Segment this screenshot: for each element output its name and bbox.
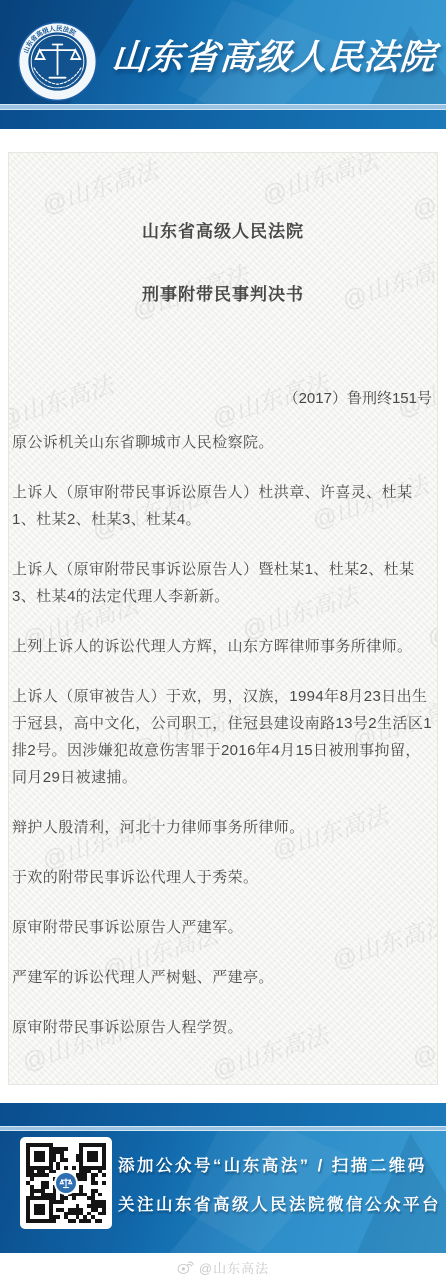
footer-gap [0,1085,446,1103]
paragraph: 于欢的附带民事诉讼代理人于秀荣。 [12,864,434,891]
footer-top-strip [0,1103,446,1126]
paragraph: 上列上诉人的诉讼代理人方辉，山东方晖律师事务所律师。 [12,633,434,660]
paragraph: 上诉人（原审被告人）于欢，男，汉族，1994年8月23日出生于冠县，高中文化，公… [12,683,434,791]
header-main: 山东省高级人民法院 SHANDONG HIGH PEOPLE'S COURT 山… [0,0,446,104]
document-content: 山东省高级人民法院 刑事附带民事判决书 （2017）鲁刑终151号 原公诉机关山… [9,153,437,1041]
document-title-type: 刑事附带民事判决书 [12,282,434,308]
document-body: 原公诉机关山东省聊城市人民检察院。上诉人（原审附带民事诉讼原告人）杜洪章、许喜灵… [12,429,434,1041]
header-banner: 山东省高级人民法院 SHANDONG HIGH PEOPLE'S COURT 山… [0,0,446,129]
footer-banner: 添加公众号“山东高法” / 扫描二维码 关注山东省高级人民法院微信公众平台 [0,1103,446,1253]
qr-center-logo-icon [54,1171,78,1195]
paragraph: 原公诉机关山东省聊城市人民检察院。 [12,429,434,456]
court-emblem-icon: 山东省高级人民法院 SHANDONG HIGH PEOPLE'S COURT [17,21,98,102]
footer-text-block: 添加公众号“山东高法” / 扫描二维码 关注山东省高级人民法院微信公众平台 [118,1153,442,1231]
paragraph: 原审附带民事诉讼原告人严建军。 [12,914,434,941]
bottom-bar: @山东高法 [0,1253,446,1282]
paragraph: 辩护人殷清利，河北十力律师事务所律师。 [12,814,434,841]
footer-line-2: 关注山东省高级人民法院微信公众平台 [118,1192,442,1218]
header-bottom-strip [0,110,446,129]
footer-line-1: 添加公众号“山东高法” / 扫描二维码 [118,1153,442,1179]
paragraph: 严建军的诉讼代理人严树魁、严建亭。 [12,964,434,991]
header-court-name: 山东省高级人民法院 [110,30,443,80]
judgment-document: @山东高法@山东高法@山东高法@山东高法@山东高法@山东高法@山东高法@山东高法… [8,152,438,1085]
case-number: （2017）鲁刑终151号 [12,387,434,408]
paragraph: 上诉人（原审附带民事诉讼原告人）暨杜某1、杜某2、杜某3、杜某4的法定代理人李新… [12,556,434,610]
footer-main: 添加公众号“山东高法” / 扫描二维码 关注山东省高级人民法院微信公众平台 [0,1131,446,1253]
paragraph: 上诉人（原审附带民事诉讼原告人）杜洪章、许喜灵、杜某1、杜某2、杜某3、杜某4。 [12,479,434,533]
header-gap [0,129,446,152]
bottom-watermark-text: @山东高法 [199,1258,269,1277]
paragraph: 原审附带民事诉讼原告人程学贺。 [12,1014,434,1041]
document-title-court: 山东省高级人民法院 [12,219,434,245]
qr-code [20,1137,112,1229]
weibo-icon [177,1260,194,1275]
